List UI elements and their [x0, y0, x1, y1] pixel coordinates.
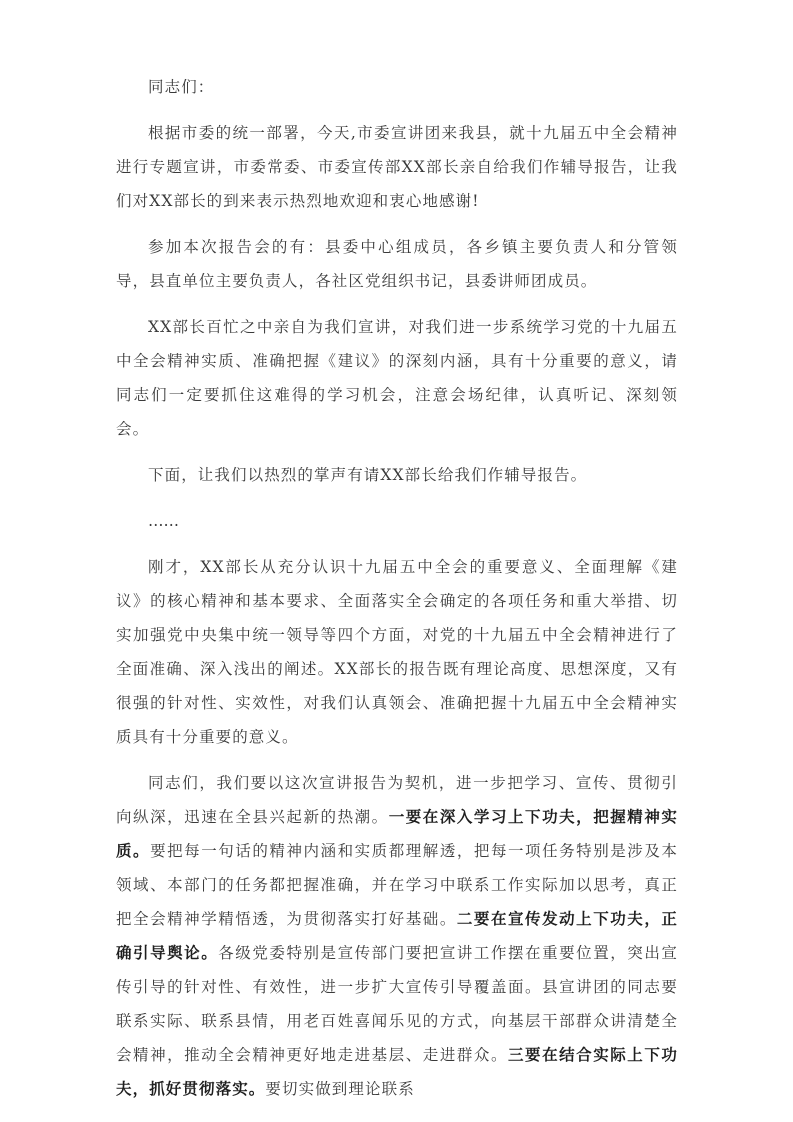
paragraph-text: XX部长百忙之中亲自为我们宣讲，对我们进一步系统学习党的十九届五中全会精神实质、… — [116, 318, 678, 438]
paragraph-text: 要切实做到理论联系 — [265, 1080, 414, 1098]
paragraph-summary: 刚才，XX部长从充分认识十九届五中全会的重要意义、全面理解《建议》的核心精神和基… — [116, 550, 678, 754]
paragraph-invitation: 下面，让我们以热烈的掌声有请XX部长给我们作辅导报告。 — [116, 458, 678, 492]
document-page: 同志们： 根据市委的统一部署，今天,市委宣讲团来我县，就十九届五中全会精神进行专… — [116, 70, 678, 1118]
paragraph-ellipsis: …… — [116, 504, 678, 538]
paragraph-text: 参加本次报告会的有：县委中心组成员，各乡镇主要负责人和分管领导，县直单位主要负责… — [116, 238, 678, 290]
paragraph-opening: 根据市委的统一部署，今天,市委宣讲团来我县，就十九届五中全会精神进行专题宣讲，市… — [116, 116, 678, 218]
salutation: 同志们： — [116, 70, 678, 104]
ellipsis-text: …… — [148, 512, 179, 530]
paragraph-text: 根据市委的统一部署，今天,市委宣讲团来我县，就十九届五中全会精神进行专题宣讲，市… — [116, 124, 678, 210]
paragraph-attendees: 参加本次报告会的有：县委中心组成员，各乡镇主要负责人和分管领导，县直单位主要负责… — [116, 230, 678, 298]
paragraph-text: 下面，让我们以热烈的掌声有请XX部长给我们作辅导报告。 — [148, 466, 587, 484]
paragraph-text: 刚才，XX部长从充分认识十九届五中全会的重要意义、全面理解《建议》的核心精神和基… — [116, 558, 678, 746]
paragraph-requirements: 同志们，我们要以这次宣讲报告为契机，进一步把学习、宣传、贯彻引向纵深，迅速在全县… — [116, 766, 678, 1106]
paragraph-significance: XX部长百忙之中亲自为我们宣讲，对我们进一步系统学习党的十九届五中全会精神实质、… — [116, 310, 678, 446]
